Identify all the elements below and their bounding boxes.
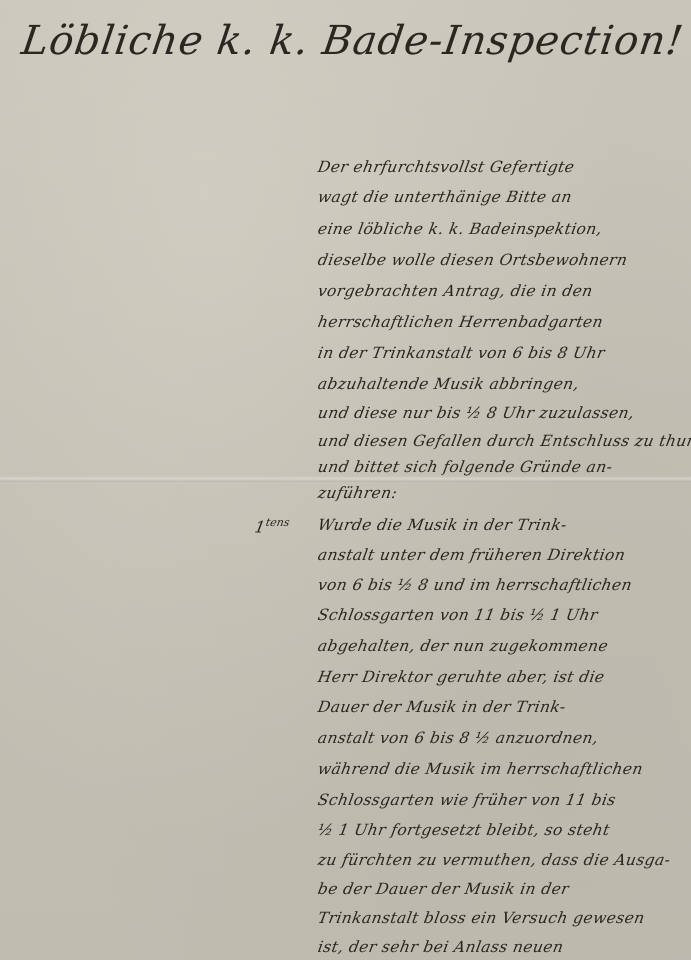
point-line: Trinkanstalt bloss ein Versuch gewesen	[316, 909, 646, 927]
point-line: ist, der sehr bei Anlass neuen	[316, 938, 565, 956]
intro-line: und diese nur bis ½ 8 Uhr zuzulassen,	[316, 404, 636, 422]
manuscript-page: Löbliche k. k. Bade-Inspection! Der ehrf…	[0, 0, 691, 960]
point-line: Wurde die Musik in der Trink-	[316, 516, 568, 534]
letter-heading: Löbliche k. k. Bade-Inspection!	[19, 18, 687, 64]
intro-line: in der Trinkanstalt von 6 bis 8 Uhr	[316, 344, 606, 362]
intro-line: Der ehrfurchtsvollst Gefertigte	[316, 158, 576, 176]
intro-line: abzuhaltende Musik abbringen,	[316, 375, 580, 393]
point-line: Herr Direktor geruhte aber, ist die	[316, 668, 606, 686]
intro-line: vorgebrachten Antrag, die in den	[316, 282, 594, 300]
point-line: während die Musik im herrschaftlichen	[316, 760, 644, 778]
point-line: von 6 bis ½ 8 und im herrschaftlichen	[316, 576, 633, 594]
point-line: abgehalten, der nun zugekommene	[316, 637, 609, 655]
point-line: Dauer der Musik in der Trink-	[316, 698, 567, 716]
point-line: be der Dauer der Musik in der	[316, 880, 570, 898]
point-line: zu fürchten zu vermuthen, dass die Ausga…	[316, 851, 672, 869]
point-line: Schlossgarten wie früher von 11 bis	[316, 791, 617, 809]
paper-fold-line	[0, 476, 691, 482]
intro-line: und diesen Gefallen durch Entschluss zu …	[316, 432, 691, 450]
point-suffix: tens	[265, 516, 291, 529]
point-line: ½ 1 Uhr fortgesetzt bleibt, so steht	[316, 821, 611, 839]
point-1-marker: 1tens	[253, 516, 290, 536]
intro-line: wagt die unterthänige Bitte an	[316, 188, 573, 206]
point-line: anstalt von 6 bis 8 ½ anzuordnen,	[316, 729, 600, 747]
intro-line: eine löbliche k. k. Badeinspektion,	[316, 220, 603, 238]
point-line: anstalt unter dem früheren Direktion	[316, 546, 626, 564]
intro-line: herrschaftlichen Herrenbadgarten	[316, 313, 604, 331]
heading-text: Löbliche k. k. Bade-Inspection!	[19, 18, 687, 64]
intro-line: und bittet sich folgende Gründe an-	[316, 458, 614, 476]
point-line: Schlossgarten von 11 bis ½ 1 Uhr	[316, 606, 599, 624]
intro-line: zuführen:	[316, 484, 398, 502]
intro-line: dieselbe wolle diesen Ortsbewohnern	[316, 251, 629, 269]
